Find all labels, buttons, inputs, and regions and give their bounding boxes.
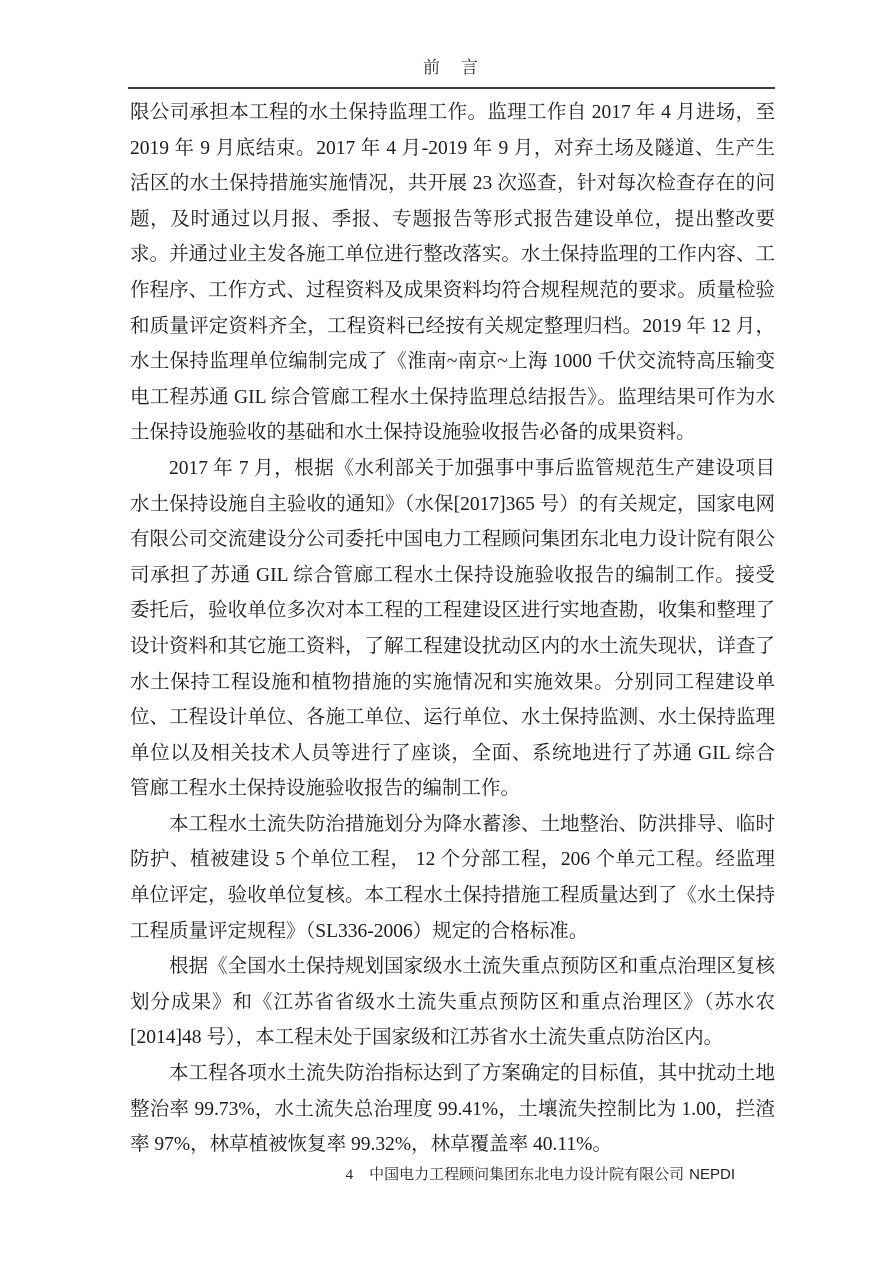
paragraph-indicators: 本工程各项水土流失防治指标达到了方案确定的目标值，其中扰动土地整治率 99.73… [130, 1056, 775, 1163]
page-header-title: 前 言 [423, 58, 480, 77]
footer-page-number: 4 [346, 1167, 354, 1183]
page-header: 前 言 [128, 53, 775, 89]
footer-company-name: 中国电力工程顾问集团东北电力设计院有限公司 [369, 1167, 684, 1183]
paragraph-continuation: 限公司承担本工程的水土保持监理工作。监理工作自 2017 年 4 月进场，至 2… [130, 95, 775, 451]
paragraph-measures: 本工程水土流失防治措施划分为降水蓄渗、土地整治、防洪排导、临时防护、植被建设 5… [130, 807, 775, 949]
page-footer: 4中国电力工程顾问集团东北电力设计院有限公司NEPDI [130, 1163, 775, 1184]
document-page: 前 言 限公司承担本工程的水土保持监理工作。监理工作自 2017 年 4 月进场… [0, 0, 892, 1263]
paragraph-entrustment: 2017 年 7 月，根据《水利部关于加强事中事后监管规范生产建设项目水土保持设… [130, 451, 775, 807]
footer-org-abbr: NEPDI [689, 1166, 735, 1183]
document-body: 限公司承担本工程的水土保持监理工作。监理工作自 2017 年 4 月进场，至 2… [130, 95, 775, 1163]
paragraph-key-zones: 根据《全国水土保持规划国家级水土流失重点预防区和重点治理区复核划分成果》和《江苏… [130, 949, 775, 1056]
